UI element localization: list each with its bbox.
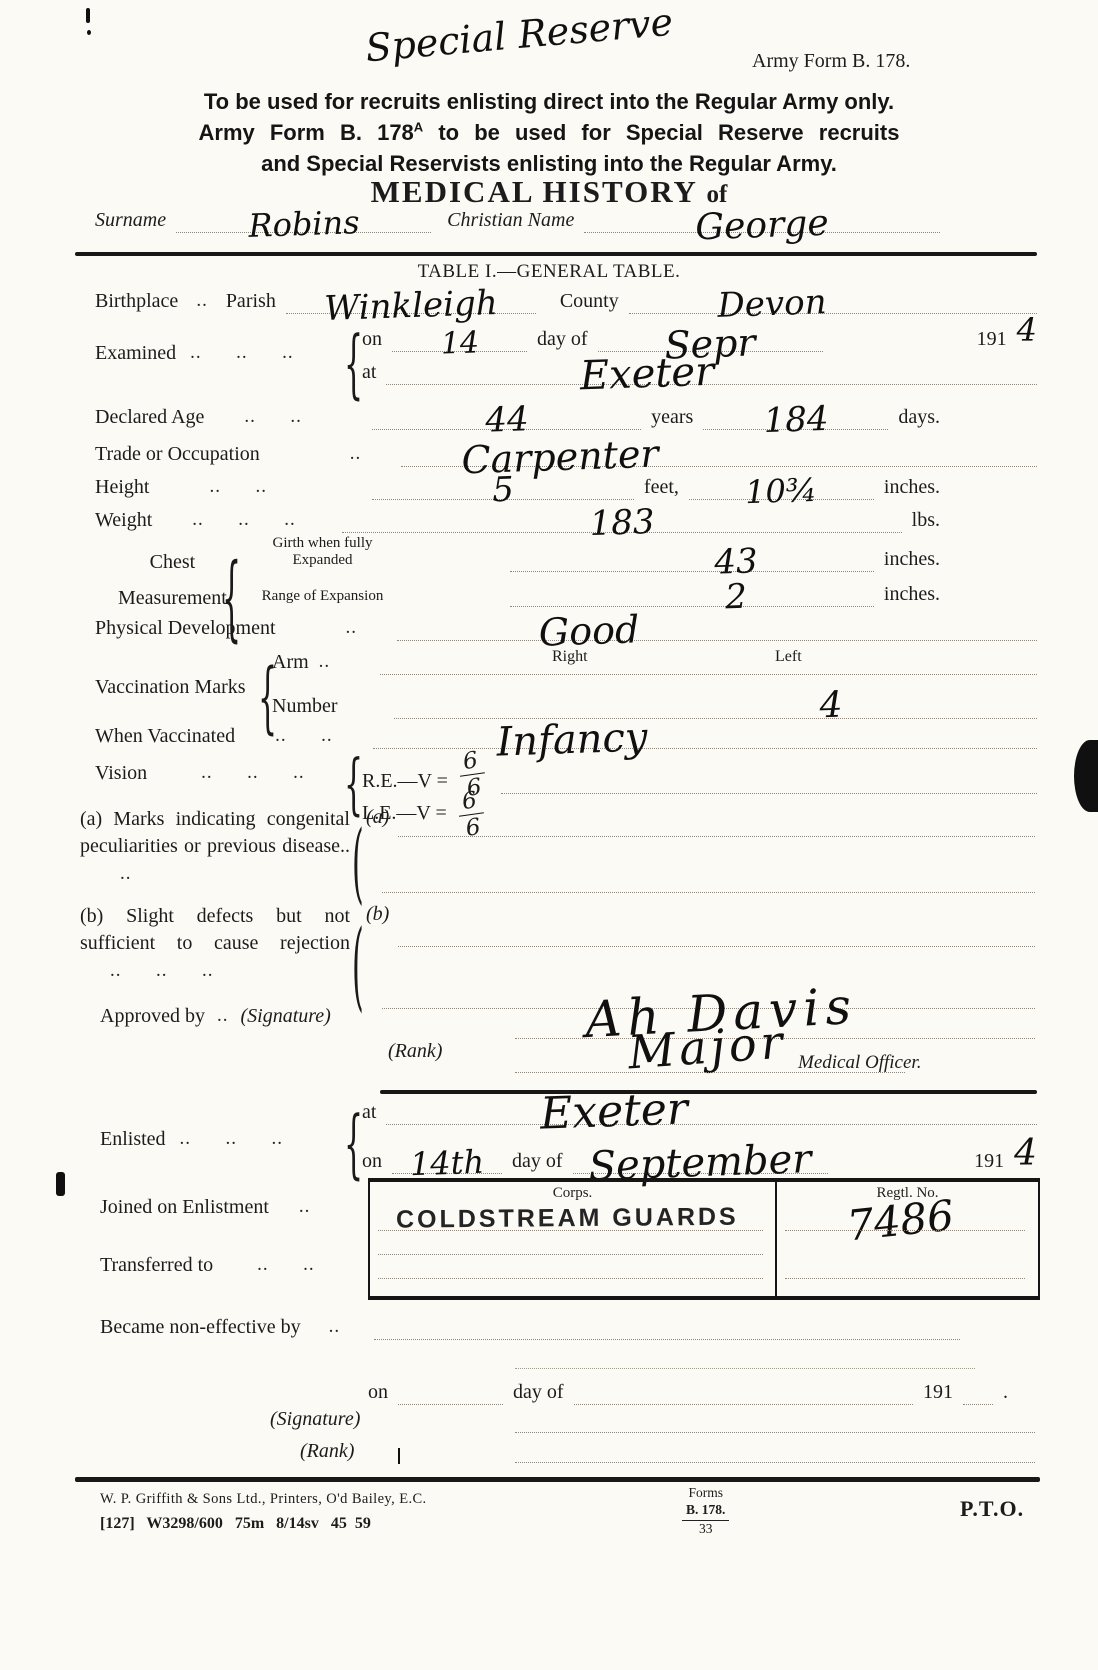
enlisted-day-line: 14th xyxy=(392,1147,502,1174)
christian-name-value: George xyxy=(695,206,829,247)
examined-label-row: Examined .. .. .. xyxy=(95,342,294,366)
printer-line1: W. P. Griffith & Sons Ltd., Printers, O'… xyxy=(100,1488,427,1511)
transferred-to-label: Transferred to xyxy=(100,1254,213,1278)
birthplace-row: Birthplace .. Parish Winkleigh County De… xyxy=(95,287,1037,314)
physical-label: Physical Development xyxy=(95,617,276,641)
corps-header: Corps. xyxy=(370,1185,775,1202)
number-line: 4 xyxy=(394,692,1037,719)
leader-dots: .. .. xyxy=(275,725,333,749)
leader-dots: .. .. xyxy=(257,1254,315,1278)
enlisted-dayof-label: day of xyxy=(512,1150,563,1174)
examined-brace: { xyxy=(344,322,363,410)
at-label: at xyxy=(362,361,376,385)
defects-b-label-text: (b) Slight defects but not sufficient to… xyxy=(80,905,350,954)
usage-notice: To be used for recruits enlisting direct… xyxy=(66,86,1032,180)
final-rank-line xyxy=(515,1462,1035,1463)
vision-label: Vision xyxy=(95,762,147,786)
county-label: County xyxy=(560,290,619,314)
corps-regtl-box: Corps. COLDSTREAM GUARDS Regtl. No. 7486 xyxy=(368,1178,1040,1300)
girth-line: 43 xyxy=(510,545,874,572)
corps-cell-line xyxy=(378,1230,763,1231)
page-title: MEDICAL HISTORY of xyxy=(0,174,1098,210)
defects-b-label: (b) Slight defects but not sufficient to… xyxy=(80,903,350,984)
leader-dots: .. xyxy=(196,290,208,314)
weight-line: 183 xyxy=(342,506,902,533)
physical-line: Good xyxy=(397,614,1037,641)
transferred-label-row: Transferred to .. .. xyxy=(100,1254,315,1278)
height-feet-value: 5 xyxy=(492,473,515,508)
joined-on-enlistment-label: Joined on Enlistment xyxy=(100,1196,269,1220)
age-days-line: 184 xyxy=(703,403,888,430)
enlisted-year-value: 4 xyxy=(1014,1136,1037,1172)
examined-year-value: 4 xyxy=(1017,314,1037,346)
vision-label-row: Vision .. .. .. xyxy=(95,762,305,786)
defects-b-line1 xyxy=(398,946,1035,947)
inches-label: inches. xyxy=(884,476,940,500)
blank-line xyxy=(515,1368,975,1369)
leader-dots: .. .. .. xyxy=(110,960,214,983)
regtl-cell-line xyxy=(785,1230,1025,1231)
usage-notice-line1: To be used for recruits enlisting direct… xyxy=(66,86,1032,117)
medical-officer-label: Medical Officer. xyxy=(798,1052,921,1074)
weight-label: Weight xyxy=(95,509,152,533)
vaccination-number-row: Number 4 xyxy=(272,692,1037,719)
usage-notice-line2: Army Form B. 178A to be used for Special… xyxy=(66,117,1032,148)
notice-line2-sup: A xyxy=(414,120,423,135)
number-label: Number xyxy=(272,695,338,719)
leader-dots: .. .. .. xyxy=(180,1128,284,1152)
county-value: Devon xyxy=(717,285,827,323)
final-year-line xyxy=(963,1378,993,1405)
forms-num: 33 xyxy=(682,1521,729,1538)
enlisted-brace: { xyxy=(344,1102,363,1190)
notice-line2-post: to be used for Special Reserve recruits xyxy=(438,120,899,145)
vision-le-den: 6 xyxy=(459,812,487,841)
birthplace-label: Birthplace xyxy=(95,290,178,314)
final-signature-line xyxy=(515,1432,1035,1433)
enlisted-on-row: on 14th day of September 191 4 xyxy=(362,1138,1037,1174)
days-label: days. xyxy=(898,406,940,430)
marks-a-inline-tag: (a) xyxy=(366,806,389,829)
scan-artifact xyxy=(86,8,90,23)
examined-place-line: Exeter xyxy=(386,358,1037,385)
range-value: 2 xyxy=(724,580,747,615)
height-row: Height .. .. 5 feet, 10¾ inches. xyxy=(95,473,940,500)
weight-row: Weight .. .. .. 183 lbs. xyxy=(95,506,940,533)
defects-b-inline-tag: (b) xyxy=(366,903,389,926)
surname-line: Robins xyxy=(176,206,431,233)
marks-a-label: (a) Marks indicating congenital peculiar… xyxy=(80,806,350,887)
range-label: Range of Expansion xyxy=(245,588,400,607)
pto-label: P.T.O. xyxy=(960,1496,1024,1522)
printer-line2: [127] W3298/600 75m 8/14sv 45 59 xyxy=(100,1511,427,1537)
name-row: Surname Robins Christian Name George xyxy=(95,206,940,233)
range-line: 2 xyxy=(510,580,874,607)
corps-cell-line xyxy=(378,1254,763,1255)
girth-value: 43 xyxy=(713,544,757,579)
approved-label-row: Approved by .. (Signature) xyxy=(100,1005,331,1029)
trade-row: Trade or Occupation .. Carpenter xyxy=(95,440,1037,467)
divider-rule xyxy=(75,252,1037,256)
dayof-label: day of xyxy=(537,328,588,352)
final-period: . xyxy=(1003,1381,1008,1405)
vision-le-num: 6 xyxy=(460,789,478,815)
corps-cell-line xyxy=(378,1278,763,1279)
printer-credit: W. P. Griffith & Sons Ltd., Printers, O'… xyxy=(100,1488,427,1537)
table-heading: TABLE I.—GENERAL TABLE. xyxy=(0,261,1098,283)
physical-value: Good xyxy=(538,610,640,651)
final-day-line xyxy=(398,1378,503,1405)
examined-day-value: 14 xyxy=(440,328,479,359)
feet-label: feet, xyxy=(644,476,679,500)
height-inches-line: 10¾ xyxy=(689,473,874,500)
marks-a-line1 xyxy=(398,836,1035,837)
chest-range-row: Range of Expansion 2 inches. xyxy=(245,580,940,607)
years-label: years xyxy=(651,406,693,430)
leader-dots: .. .. .. xyxy=(201,762,305,786)
joined-label-row: Joined on Enlistment .. xyxy=(100,1196,310,1220)
vision-le-row: L.E.—V = 6 6 xyxy=(362,776,762,826)
chest-label: Chest Measurement xyxy=(118,544,227,616)
page-title-main: MEDICAL HISTORY xyxy=(371,174,697,209)
leader-dots: .. xyxy=(350,443,362,467)
enlisted-at-label: at xyxy=(362,1101,376,1125)
regtl-cell: Regtl. No. 7486 xyxy=(777,1182,1038,1296)
leader-dots: .. .. .. xyxy=(192,509,296,533)
signature-label: (Signature) xyxy=(240,1005,330,1029)
trade-label: Trade or Occupation xyxy=(95,443,260,467)
corps-cell: Corps. COLDSTREAM GUARDS xyxy=(370,1182,777,1296)
footer-rule xyxy=(75,1477,1040,1482)
examined-on-row: on 14 day of Sepr 191 4 xyxy=(362,320,1037,352)
defects-b-paren: ( xyxy=(352,912,364,1024)
arm-label: Arm xyxy=(272,651,309,675)
marks-a-label-text: (a) Marks indicating congenital peculiar… xyxy=(80,808,350,857)
height-feet-line: 5 xyxy=(372,473,634,500)
enlisted-day-value: 14th xyxy=(409,1146,484,1181)
vaccination-arm-row: Arm .. xyxy=(272,648,1037,675)
enlistment-divider-rule xyxy=(380,1090,1037,1094)
when-vaccinated-label: When Vaccinated xyxy=(95,725,235,749)
trade-line: Carpenter xyxy=(401,440,1037,467)
leader-dots: .. xyxy=(217,1005,229,1029)
surname-value: Robins xyxy=(248,206,360,242)
leader-dots: .. xyxy=(346,617,358,641)
declared-age-row: Declared Age .. .. 44 years 184 days. xyxy=(95,403,940,430)
scan-artifact xyxy=(1074,740,1098,812)
final-on-label: on xyxy=(368,1381,388,1405)
vaccination-label: Vaccination Marks xyxy=(95,676,246,700)
final-signature-label: (Signature) xyxy=(270,1408,360,1432)
enlisted-year-printed: 191 xyxy=(974,1150,1004,1174)
army-form-b178-page: Special Reserve Army Form B. 178. To be … xyxy=(0,0,1098,1670)
leader-dots: .. xyxy=(329,1316,341,1340)
declared-age-label: Declared Age xyxy=(95,406,204,430)
rank-label: (Rank) xyxy=(388,1040,442,1064)
age-days-value: 184 xyxy=(763,402,829,438)
regtl-value: 7486 xyxy=(845,1195,956,1248)
notice-line2-pre: Army Form B. 178 xyxy=(199,120,414,145)
lbs-label: lbs. xyxy=(912,509,940,533)
physical-row: Physical Development .. Good xyxy=(95,614,1037,641)
scan-artifact xyxy=(56,1172,65,1196)
leader-dots: .. .. xyxy=(244,406,302,430)
forms-reference-stack: Forms B. 178. 33 xyxy=(682,1485,729,1538)
examined-label: Examined xyxy=(95,342,176,366)
leader-dots: .. xyxy=(319,651,331,675)
examined-day-line: 14 xyxy=(392,325,527,352)
enlisted-month-line: September xyxy=(573,1147,828,1174)
range-unit-label: inches. xyxy=(884,583,940,607)
regtl-cell-line xyxy=(785,1278,1025,1279)
final-date-row: on day of 191 . xyxy=(368,1378,1008,1405)
christian-name-label: Christian Name xyxy=(447,209,574,233)
surname-label: Surname xyxy=(95,209,166,233)
number-left-value: 4 xyxy=(819,688,843,725)
forms-ref: B. 178. xyxy=(682,1502,729,1521)
girth-label: Girth when fully Expanded xyxy=(245,535,400,572)
examined-at-row: at Exeter xyxy=(362,358,1037,385)
chest-label-line2: Measurement xyxy=(118,580,227,616)
marks-a-line2 xyxy=(382,892,1035,893)
non-effective-row: Became non-effective by .. xyxy=(100,1313,960,1340)
scan-artifact xyxy=(87,30,91,35)
chest-girth-row: Girth when fully Expanded 43 inches. xyxy=(245,535,940,572)
final-rank-label: (Rank) xyxy=(300,1440,354,1464)
page-title-suffix: of xyxy=(706,181,727,208)
final-month-line xyxy=(574,1378,913,1405)
leader-dots: .. .. xyxy=(209,476,267,500)
parish-label: Parish xyxy=(226,290,276,314)
on-label: on xyxy=(362,328,382,352)
vision-le-value: 6 6 xyxy=(455,789,486,842)
enlisted-place-line: Exeter xyxy=(386,1098,1037,1125)
enlisted-on-label: on xyxy=(362,1150,382,1174)
age-years-line: 44 xyxy=(372,403,641,430)
marks-a-paren: ( xyxy=(352,814,364,916)
approved-by-label: Approved by xyxy=(100,1005,205,1029)
enlisted-label-row: Enlisted .. .. .. xyxy=(100,1128,283,1152)
christian-name-line: George xyxy=(584,206,940,233)
enlisted-at-row: at Exeter xyxy=(362,1098,1037,1125)
leader-dots: .. xyxy=(299,1196,311,1220)
leader-dots: .. .. .. xyxy=(190,342,294,366)
year-printed: 191 xyxy=(977,328,1007,352)
scan-artifact xyxy=(398,1448,400,1464)
final-year-printed: 191 xyxy=(923,1381,953,1405)
height-label: Height xyxy=(95,476,149,500)
parish-line: Winkleigh xyxy=(286,287,536,314)
girth-unit-label: inches. xyxy=(884,548,940,572)
leader-dots: .. xyxy=(120,863,132,886)
enlisted-place-value: Exeter xyxy=(540,1087,689,1136)
enlisted-label: Enlisted xyxy=(100,1128,166,1152)
non-effective-line xyxy=(374,1313,960,1340)
county-line: Devon xyxy=(629,287,1037,314)
forms-label: Forms xyxy=(682,1485,729,1502)
vision-re-num: 6 xyxy=(462,749,480,775)
height-inches-value: 10¾ xyxy=(745,474,818,508)
handwritten-special-reserve: Special Reserve xyxy=(364,3,675,68)
examined-place-value: Exeter xyxy=(579,352,715,397)
final-dayof-label: day of xyxy=(513,1381,564,1405)
chest-label-line1: Chest xyxy=(118,544,227,580)
arm-line xyxy=(380,648,1037,675)
non-effective-label: Became non-effective by xyxy=(100,1316,301,1340)
age-years-value: 44 xyxy=(484,402,528,437)
rank-value: Major xyxy=(627,1019,788,1076)
form-reference: Army Form B. 178. xyxy=(752,50,910,73)
